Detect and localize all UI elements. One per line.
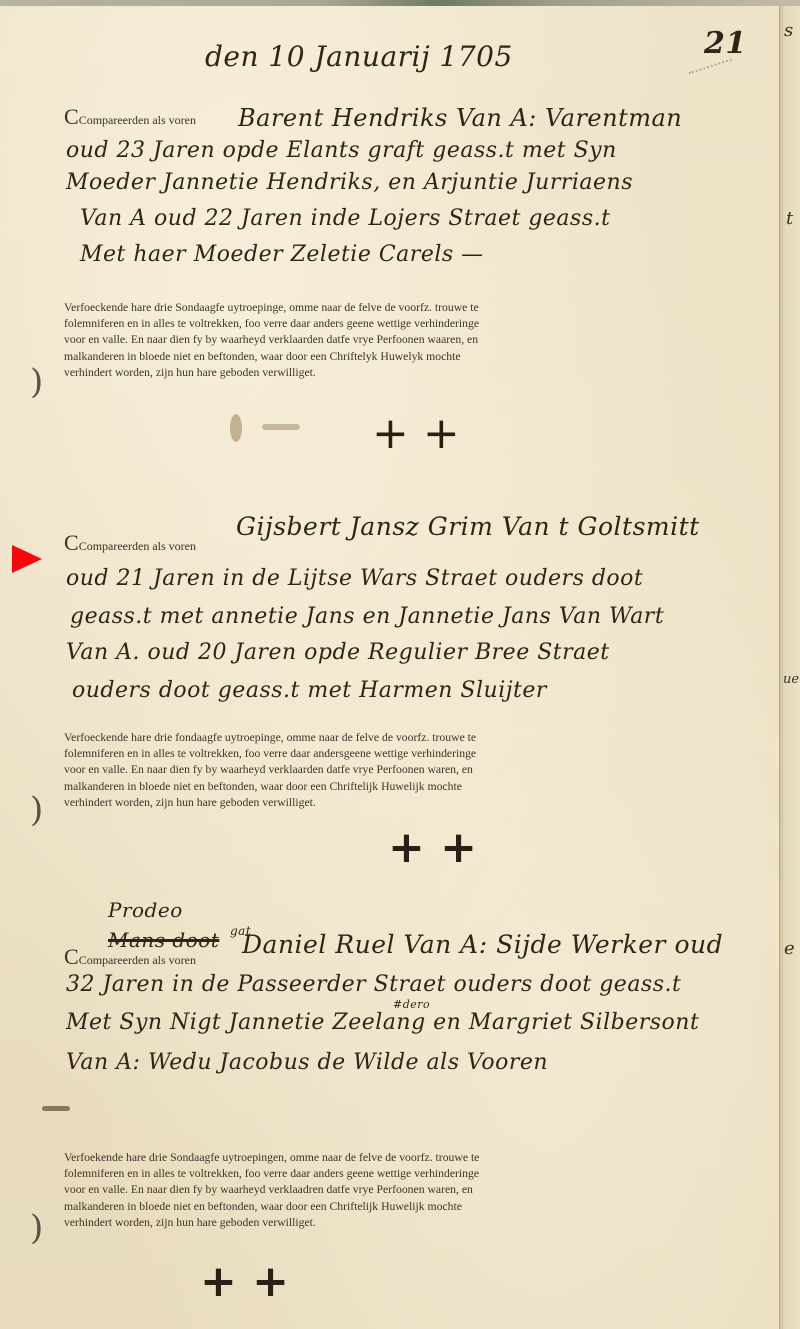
printed-line: verhindert worden, zijn hun hare geboden…: [64, 1215, 624, 1231]
entry-2-lead: CCompareerden als voren: [64, 530, 196, 556]
margin-note-prodeo: Prodeo: [108, 898, 183, 922]
signature-marks: + +: [388, 822, 477, 873]
margin-bracket: ): [30, 362, 43, 402]
lead-text: Compareerden als voren: [79, 113, 196, 127]
entry-2-line-3: geass.t met annetie Jans en Jannetie Jan…: [70, 604, 664, 629]
entry-1-line-5: Met haer Moeder Zeletie Carels —: [80, 242, 484, 267]
ink-smudge: [230, 414, 242, 442]
adjacent-page-edge: [779, 6, 800, 1329]
printed-line: voor en valle. En naar dien fy by waarhe…: [64, 762, 624, 778]
lead-text: Compareerden als voren: [79, 539, 196, 553]
printed-line: folemniferen en in alles te voltrekken, …: [64, 746, 624, 762]
entry-3-line-3: Met Syn Nigt Jannetie Zeelang en Margrie…: [66, 1010, 699, 1035]
printed-line: malkanderen in bloede niet en beftonden,…: [64, 1199, 624, 1215]
margin-bracket: ): [30, 790, 43, 830]
entry-pointer-arrow: [12, 545, 42, 573]
printed-line: folemniferen en in alles te voltrekken, …: [64, 316, 624, 332]
entry-3-line-2: 32 Jaren in de Passeerder Straet ouders …: [66, 972, 681, 997]
printed-line: Verfoeckende hare drie Sondaagfe uytroep…: [64, 300, 624, 316]
adjacent-page-mark: ue: [783, 672, 799, 687]
printed-line: folemniferen en in alles te voltrekken, …: [64, 1166, 624, 1182]
adjacent-page-mark: e: [784, 938, 795, 959]
folio-number: 21: [704, 26, 747, 61]
signature-marks: + +: [372, 408, 460, 459]
printed-line: Verfoekende hare drie Sondaagfe uytroepi…: [64, 1150, 624, 1166]
entry-1-line-2: oud 23 Jaren opde Elants graft geass.t m…: [66, 138, 617, 163]
printed-line: Verfoeckende hare drie fondaagfe uytroep…: [64, 730, 624, 746]
lead-text: Compareerden als voren: [79, 953, 196, 967]
printed-line: verhindert worden, zijn hun hare geboden…: [64, 795, 624, 811]
entry-3-printed-paragraph: Verfoekende hare drie Sondaagfe uytroepi…: [64, 1150, 624, 1231]
entry-1-line-1: Barent Hendriks Van A: Varentman: [238, 104, 682, 132]
ink-smudge: [262, 424, 300, 430]
adjacent-page-mark: t: [786, 208, 793, 229]
adjacent-page-mark: s: [784, 20, 793, 41]
printed-line: verhindert worden, zijn hun hare geboden…: [64, 365, 624, 381]
entry-1-printed-paragraph: Verfoeckende hare drie Sondaagfe uytroep…: [64, 300, 624, 381]
entry-2-printed-paragraph: Verfoeckende hare drie fondaagfe uytroep…: [64, 730, 624, 811]
signature-marks: + +: [200, 1256, 289, 1307]
entry-3-line-4: Van A: Wedu Jacobus de Wilde als Vooren: [66, 1050, 548, 1075]
entry-1-line-4: Van A oud 22 Jaren inde Lojers Straet ge…: [80, 206, 610, 231]
entry-3-line-1: Daniel Ruel Van A: Sijde Werker oud: [242, 930, 723, 959]
entry-1-lead: CCompareerden als voren: [64, 104, 196, 130]
printed-line: voor en valle. En naar dien fy by waarhe…: [64, 1182, 624, 1198]
ink-smudge: [42, 1106, 70, 1111]
printed-line: malkanderen in bloede niet en beftonden,…: [64, 779, 624, 795]
date-heading: den 10 Januarij 1705: [205, 40, 513, 73]
entry-2-line-5: ouders doot geass.t met Harmen Sluijter: [72, 678, 547, 703]
entry-2-line-1: Gijsbert Jansz Grim Van t Goltsmitt: [236, 512, 700, 541]
entry-2-line-2: oud 21 Jaren in de Lijtse Wars Straet ou…: [66, 566, 643, 591]
entry-1-line-3: Moeder Jannetie Hendriks, en Arjuntie Ju…: [66, 170, 633, 195]
printed-line: voor en valle. En naar dien fy by waarhe…: [64, 332, 624, 348]
margin-bracket: ): [30, 1208, 43, 1248]
entry-3-lead: CCompareerden als voren: [64, 944, 196, 970]
register-page: [0, 6, 781, 1329]
entry-2-line-4: Van A. oud 20 Jaren opde Regulier Bree S…: [66, 640, 610, 665]
printed-line: malkanderen in bloede niet en beftonden,…: [64, 349, 624, 365]
